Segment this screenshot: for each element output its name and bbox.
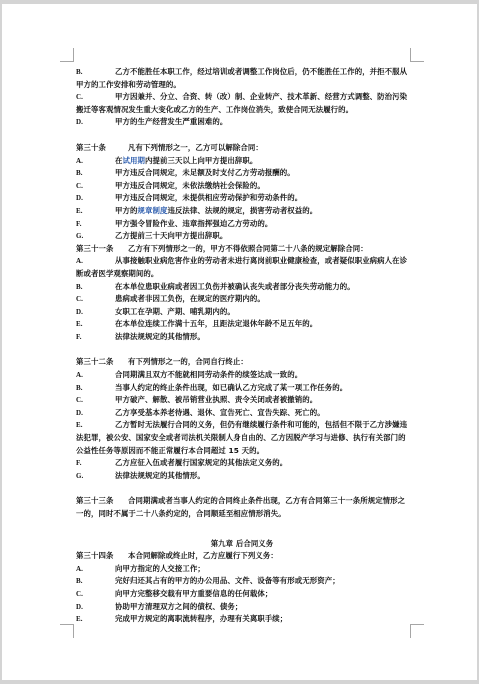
list-item: D.甲方违反合同规定，未提供相应劳动保护和劳动条件的。 <box>76 192 408 205</box>
list-item: B.完好归还其占有的甲方的办公用品、文件、设备等有形或无形资产； <box>76 575 408 588</box>
list-item: G.法律法规规定的其他情形。 <box>76 470 408 483</box>
list-item: A.从事接触职业病危害作业的劳动者未进行离岗前职业健康检查，或者疑似职业病病人在… <box>76 255 408 280</box>
list-item: A.在试用期内提前三天以上向甲方提出辞职。 <box>76 155 408 168</box>
list-item: E.乙方暂时无法履行合同的义务，但仍有继续履行条件和可能的，包括但不限于乙方涉嫌… <box>76 419 408 457</box>
list-item: F.甲方强令冒险作业、违章指挥强迫乙方劳动的。 <box>76 218 408 231</box>
article-heading: 第三十二条有下列情形之一的，合同自行终止： <box>76 356 408 369</box>
list-item: F.法律法规规定的其他情形。 <box>76 331 408 344</box>
document-page: B.乙方不能胜任本职工作，经过培训或者调整工作岗位后，仍不能胜任工作的，并拒不服… <box>2 4 477 680</box>
article-heading: 第三十三条合同期满或者当事人约定的合同终止条件出现，乙方有合同第三十一条所规定情… <box>76 495 408 520</box>
list-item: E.完成甲方规定的离职流转程序，办理有关离职手续； <box>76 613 408 626</box>
article-heading: 第三十条凡有下列情形之一，乙方可以解除合同： <box>76 142 408 155</box>
list-item: D.女职工在孕期、产期、哺乳期内的。 <box>76 306 408 319</box>
list-item: C.甲方因兼并、分立、合资、转（改）制、企业转产、技术革新、经营方式调整、防治污… <box>76 91 408 116</box>
margin-mark-top-right <box>410 48 424 62</box>
list-item: C.向甲方完整移交载有甲方重要信息的任何载体； <box>76 588 408 601</box>
list-item: E.在本单位连续工作满十五年，且距法定退休年龄不足五年的。 <box>76 318 408 331</box>
article-heading: 第三十四条本合同解除或终止时，乙方应履行下列义务： <box>76 550 408 563</box>
margin-mark-top-left <box>60 48 74 62</box>
list-item: B.乙方不能胜任本职工作，经过培训或者调整工作岗位后，仍不能胜任工作的，并拒不服… <box>76 66 408 91</box>
margin-mark-bottom-left <box>60 624 74 638</box>
chapter-title: 第九章 后合同义务 <box>76 538 408 551</box>
margin-mark-bottom-right <box>410 624 424 638</box>
list-item: G.乙方提前三十天向甲方提出辞职。 <box>76 230 408 243</box>
list-item: D.甲方的生产经营发生严重困难的。 <box>76 116 408 129</box>
trial-period-link[interactable]: 试用期 <box>123 156 145 165</box>
list-item: B.当事人约定的终止条件出现，如已确认乙方完成了某一项工作任务的。 <box>76 382 408 395</box>
list-item: F.乙方应征入伍或者履行国家规定的其他法定义务的。 <box>76 457 408 470</box>
list-item: C.患病或者非因工负伤，在规定的医疗期内的。 <box>76 293 408 306</box>
list-item: B.在本单位患职业病或者因工负伤并被确认丧失或者部分丧失劳动能力的。 <box>76 281 408 294</box>
list-item: C.甲方违反合同规定，未依法缴纳社会保险的。 <box>76 180 408 193</box>
list-item: A.合同期满且双方不能就相同劳动条件的续签达成一致的。 <box>76 369 408 382</box>
list-item: C.甲方破产、解散、被吊销营业执照、责令关闭或者被撤销的。 <box>76 394 408 407</box>
list-item: A.向甲方指定的人交接工作； <box>76 563 408 576</box>
article-heading: 第三十一条乙方有下列情形之一的，甲方不得依照合同第二十八条的规定解除合同： <box>76 243 408 256</box>
rules-regulations-link[interactable]: 规章制度 <box>137 206 167 215</box>
document-body: B.乙方不能胜任本职工作，经过培训或者调整工作岗位后，仍不能胜任工作的，并拒不服… <box>76 66 408 626</box>
list-item: D.乙方享受基本养老待遇、退休、宣告死亡、宣告失踪、死亡的。 <box>76 407 408 420</box>
list-item: D.协助甲方清理双方之间的债权、债务； <box>76 601 408 614</box>
list-item: B.甲方违反合同规定，未足额及时支付乙方劳动报酬的。 <box>76 167 408 180</box>
list-item: E.甲方的规章制度违反法律、法规的规定，损害劳动者权益的。 <box>76 205 408 218</box>
